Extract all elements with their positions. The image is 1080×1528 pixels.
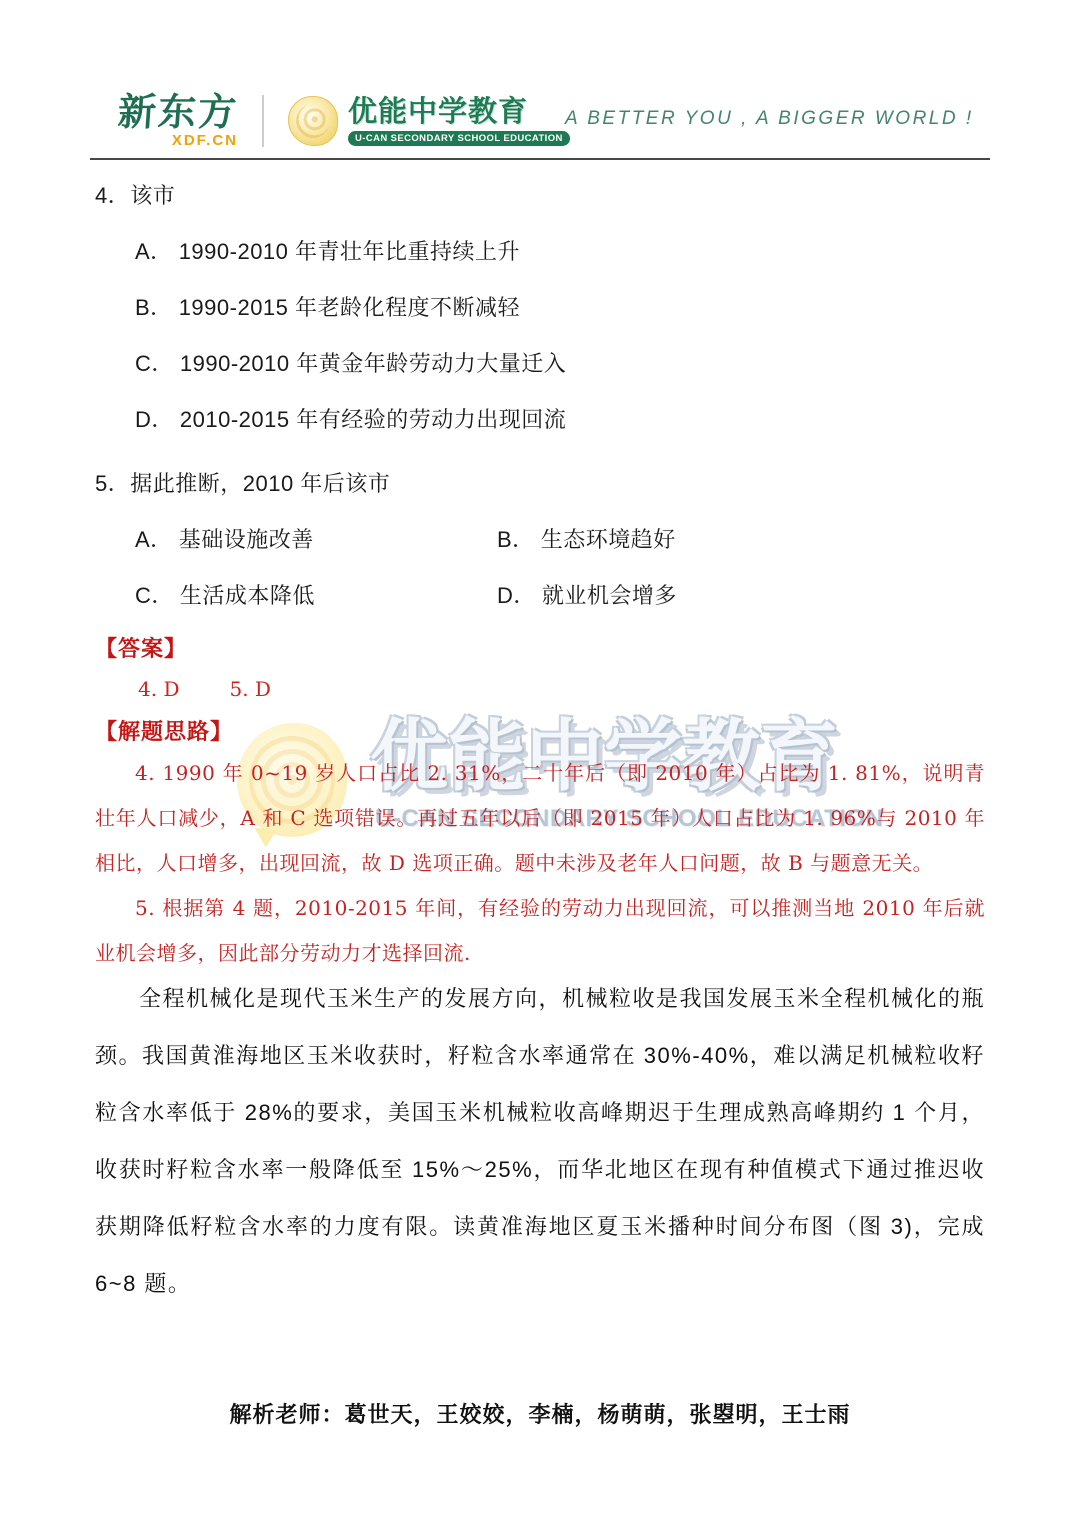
question-4-option-b: B．1990-2015 年老龄化程度不断减轻: [135, 280, 985, 336]
question-4-option-a: A．1990-2010 年青壮年比重持续上升: [135, 224, 985, 280]
option-text: 2010-2015 年有经验的劳动力出现回流: [180, 407, 566, 432]
ucan-logo-title: 优能中学教育: [348, 96, 570, 128]
header-slogan: A BETTER YOU , A BIGGER WORLD !: [565, 108, 974, 130]
question-5-option-b: B．生态环境趋好: [497, 512, 676, 568]
option-text: 1990-2010 年黄金年龄劳动力大量迁入: [180, 351, 566, 376]
ucan-logo-subtitle: U-CAN SECONDARY SCHOOL EDUCATION: [348, 131, 570, 146]
question-5-option-row-1: A．基础设施改善 B．生态环境趋好: [135, 512, 985, 568]
option-label: D．: [135, 407, 174, 432]
question-5-number: 5．: [95, 471, 130, 496]
answer-values: 4. D5. D: [95, 668, 985, 713]
question-4-options: A．1990-2010 年青壮年比重持续上升 B．1990-2015 年老龄化程…: [95, 224, 985, 448]
question-5-stem-text: 据此推断，2010 年后该市: [130, 471, 390, 496]
option-label: C．: [135, 583, 174, 608]
document-page: 新东方 XDF.CN 优能中学教育 U-CAN SECONDARY SCHOOL…: [0, 0, 1080, 1528]
answer-section: 【答案】 4. D5. D 【解题思路】 4. 1990 年 0~19 岁人口占…: [95, 630, 985, 976]
answer-q5: 5. D: [229, 677, 270, 701]
reading-passage: 全程机械化是现代玉米生产的发展方向，机械粒收是我国发展玉米全程机械化的瓶颈。我国…: [95, 970, 985, 1312]
option-text: 1990-2010 年青壮年比重持续上升: [179, 239, 520, 264]
question-5: 5．据此推断，2010 年后该市 A．基础设施改善 B．生态环境趋好 C．生活成…: [95, 456, 985, 624]
logo-divider: [262, 95, 264, 147]
question-4-option-c: C．1990-2010 年黄金年龄劳动力大量迁入: [135, 336, 985, 392]
ucan-badge-icon: [288, 96, 338, 146]
question-4-number: 4．: [95, 183, 130, 208]
answer-heading: 【答案】: [95, 630, 985, 668]
question-5-stem: 5．据此推断，2010 年后该市: [95, 456, 985, 512]
analysis-paragraph-2: 5. 根据第 4 题，2010-2015 年间，有经验的劳动力出现回流，可以推测…: [95, 886, 985, 976]
analysis-paragraph-1: 4. 1990 年 0~19 岁人口占比 2. 31%，二十年后（即 2010 …: [95, 751, 985, 886]
option-label: A．: [135, 239, 173, 264]
question-4: 4．该市 A．1990-2010 年青壮年比重持续上升 B．1990-2015 …: [95, 168, 985, 448]
option-text: 基础设施改善: [179, 527, 314, 552]
question-5-option-row-2: C．生活成本降低 D．就业机会增多: [135, 568, 985, 624]
question-5-option-a: A．基础设施改善: [135, 512, 497, 568]
footer-teachers-line: 解析老师：葛世天，王姣姣，李楠，杨萌萌，张曌明，王士雨: [0, 1398, 1080, 1429]
xdf-logo-subtitle: XDF.CN: [172, 133, 238, 149]
question-5-option-d: D．就业机会增多: [497, 568, 677, 624]
option-label: B．: [135, 295, 173, 320]
option-label: A．: [135, 527, 173, 552]
option-text: 生态环境趋好: [541, 527, 676, 552]
option-text: 生活成本降低: [180, 583, 315, 608]
question-4-stem-text: 该市: [130, 183, 175, 208]
main-content: 4．该市 A．1990-2010 年青壮年比重持续上升 B．1990-2015 …: [95, 168, 985, 1312]
question-5-options: A．基础设施改善 B．生态环境趋好 C．生活成本降低 D．就业机会增多: [95, 512, 985, 624]
answer-q4: 4. D: [138, 677, 179, 701]
question-4-option-d: D．2010-2015 年有经验的劳动力出现回流: [135, 392, 985, 448]
xdf-logo: 新东方 XDF.CN: [118, 93, 238, 149]
option-label: C．: [135, 351, 174, 376]
header: 新东方 XDF.CN 优能中学教育 U-CAN SECONDARY SCHOOL…: [118, 84, 570, 158]
header-divider-line: [90, 158, 990, 160]
analysis-heading: 【解题思路】: [95, 713, 985, 751]
xdf-logo-title: 新东方: [117, 93, 240, 133]
option-label: D．: [497, 583, 536, 608]
option-text: 就业机会增多: [542, 583, 677, 608]
question-4-stem: 4．该市: [95, 168, 985, 224]
option-text: 1990-2015 年老龄化程度不断减轻: [179, 295, 520, 320]
ucan-logo: 优能中学教育 U-CAN SECONDARY SCHOOL EDUCATION: [348, 96, 570, 146]
question-5-option-c: C．生活成本降低: [135, 568, 497, 624]
option-label: B．: [497, 527, 535, 552]
